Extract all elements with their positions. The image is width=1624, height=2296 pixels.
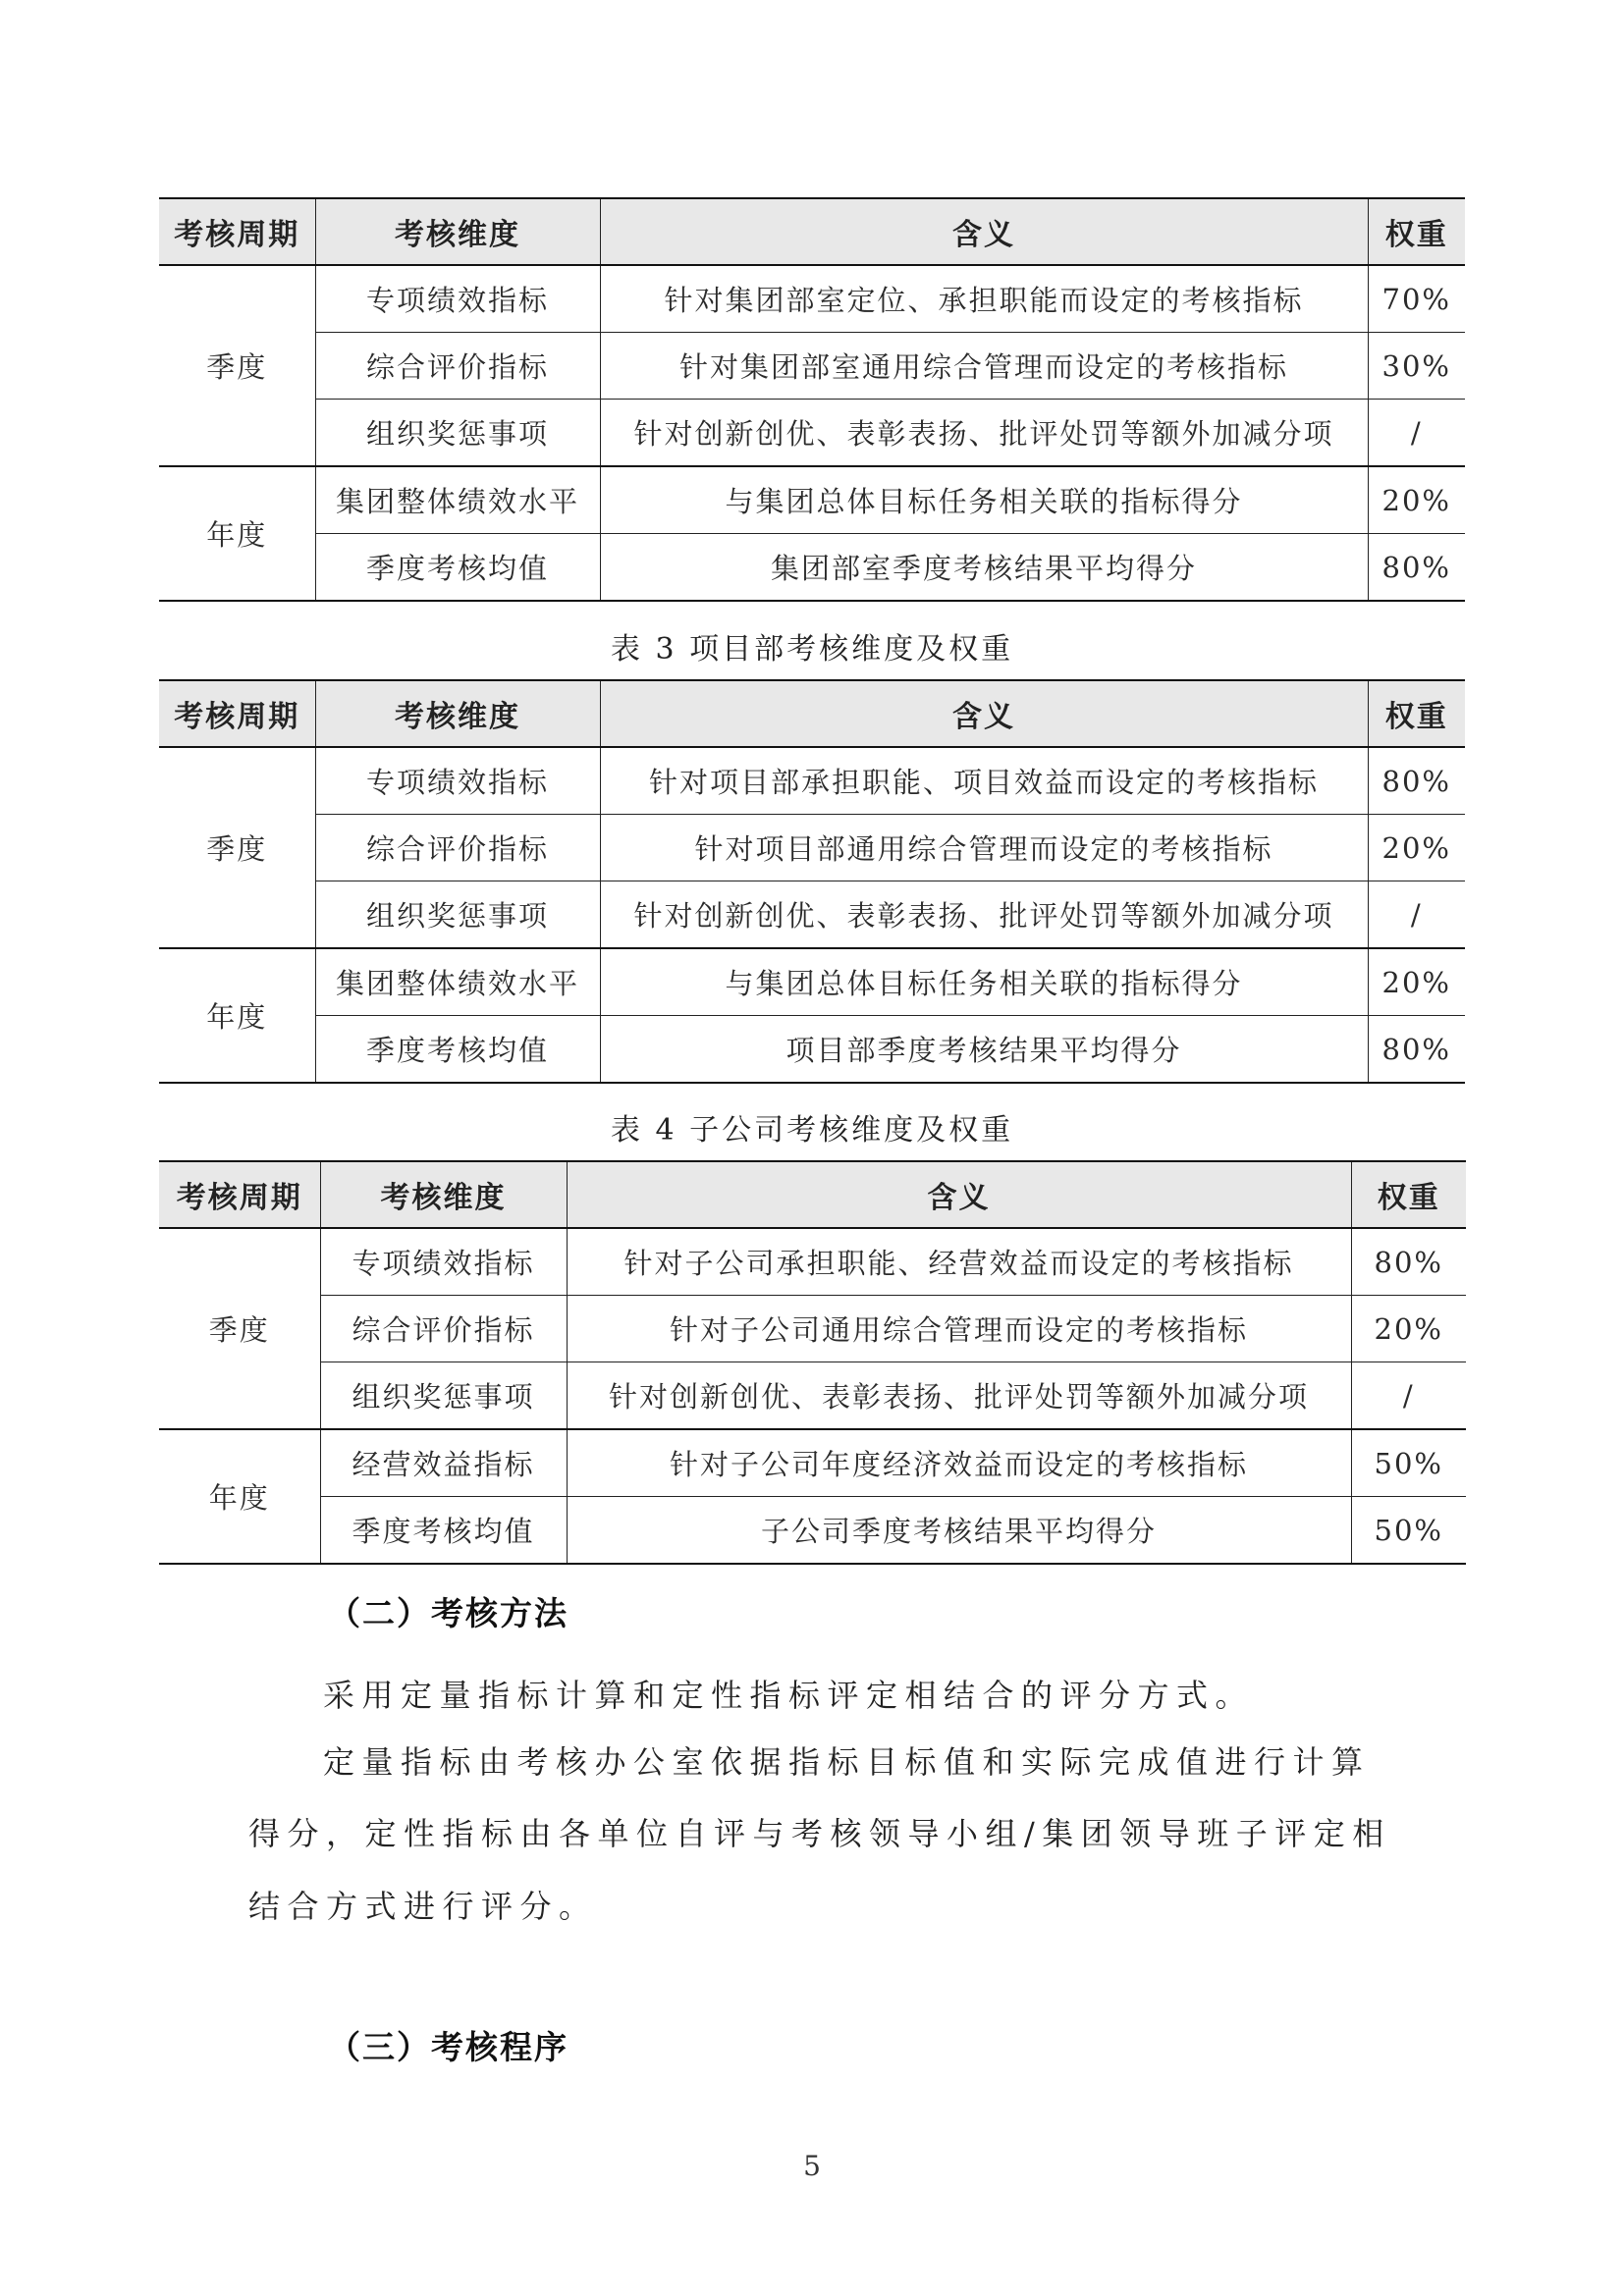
weight-cell: 20% (1368, 815, 1465, 881)
dimension-cell: 综合评价指标 (315, 815, 600, 881)
table-row: 季度考核均值 子公司季度考核结果平均得分 50% (159, 1497, 1466, 1565)
meaning-cell: 针对项目部通用综合管理而设定的考核指标 (600, 815, 1368, 881)
period-cell: 年度 (159, 948, 315, 1083)
dimension-cell: 专项绩效指标 (315, 265, 600, 333)
table-row: 组织奖惩事项 针对创新创优、表彰表扬、批评处罚等额外加减分项 / (159, 881, 1465, 949)
table-row: 年度 集团整体绩效水平 与集团总体目标任务相关联的指标得分 20% (159, 948, 1465, 1016)
table-row: 综合评价指标 针对子公司通用综合管理而设定的考核指标 20% (159, 1296, 1466, 1362)
paragraph-line: 得分，定性指标由各单位自评与考核领导小组/集团领导班子评定相 (248, 1809, 1391, 1854)
header-meaning: 含义 (600, 198, 1368, 265)
meaning-cell: 针对创新创优、表彰表扬、批评处罚等额外加减分项 (600, 400, 1368, 467)
meaning-cell: 与集团总体目标任务相关联的指标得分 (600, 466, 1368, 534)
header-meaning: 含义 (600, 680, 1368, 747)
table-header-row: 考核周期 考核维度 含义 权重 (159, 1161, 1466, 1228)
meaning-cell: 针对集团部室定位、承担职能而设定的考核指标 (600, 265, 1368, 333)
period-cell: 季度 (159, 1228, 320, 1429)
period-cell: 季度 (159, 265, 315, 466)
table-row: 综合评价指标 针对项目部通用综合管理而设定的考核指标 20% (159, 815, 1465, 881)
dimension-cell: 专项绩效指标 (315, 747, 600, 815)
dimension-cell: 组织奖惩事项 (320, 1362, 567, 1430)
table-department-dimensions: 考核周期 考核维度 含义 权重 季度 专项绩效指标 针对集团部室定位、承担职能而… (159, 197, 1465, 602)
weight-cell: 20% (1351, 1296, 1466, 1362)
paragraph-line: 定量指标由考核办公室依据指标目标值和实际完成值进行计算 (323, 1737, 1371, 1783)
meaning-cell: 项目部季度考核结果平均得分 (600, 1016, 1368, 1084)
table-row: 季度 专项绩效指标 针对项目部承担职能、项目效益而设定的考核指标 80% (159, 747, 1465, 815)
weight-cell: 80% (1368, 534, 1465, 602)
meaning-cell: 针对子公司年度经济效益而设定的考核指标 (567, 1429, 1351, 1497)
dimension-cell: 专项绩效指标 (320, 1228, 567, 1296)
table-row: 季度考核均值 项目部季度考核结果平均得分 80% (159, 1016, 1465, 1084)
section-heading-method: （二）考核方法 (328, 1588, 568, 1634)
page-number: 5 (0, 2150, 1624, 2182)
table-row: 组织奖惩事项 针对创新创优、表彰表扬、批评处罚等额外加减分项 / (159, 1362, 1466, 1430)
paragraph-line: 采用定量指标计算和定性指标评定相结合的评分方式。 (323, 1671, 1254, 1716)
period-cell: 季度 (159, 747, 315, 948)
weight-cell: 20% (1368, 948, 1465, 1016)
meaning-cell: 针对子公司通用综合管理而设定的考核指标 (567, 1296, 1351, 1362)
meaning-cell: 针对创新创优、表彰表扬、批评处罚等额外加减分项 (600, 881, 1368, 949)
period-cell: 年度 (159, 1429, 320, 1564)
table-row: 季度考核均值 集团部室季度考核结果平均得分 80% (159, 534, 1465, 602)
dimension-cell: 集团整体绩效水平 (315, 948, 600, 1016)
meaning-cell: 集团部室季度考核结果平均得分 (600, 534, 1368, 602)
table-caption: 表 3 项目部考核维度及权重 (0, 624, 1624, 667)
table-project-dimensions: 考核周期 考核维度 含义 权重 季度 专项绩效指标 针对项目部承担职能、项目效益… (159, 679, 1465, 1084)
weight-cell: 50% (1351, 1497, 1466, 1565)
weight-cell: / (1368, 400, 1465, 467)
table-header-row: 考核周期 考核维度 含义 权重 (159, 198, 1465, 265)
meaning-cell: 与集团总体目标任务相关联的指标得分 (600, 948, 1368, 1016)
weight-cell: 80% (1368, 1016, 1465, 1084)
dimension-cell: 季度考核均值 (320, 1497, 567, 1565)
section-heading-procedure: （三）考核程序 (328, 2022, 568, 2068)
weight-cell: 50% (1351, 1429, 1466, 1497)
dimension-cell: 经营效益指标 (320, 1429, 567, 1497)
weight-cell: 20% (1368, 466, 1465, 534)
meaning-cell: 针对集团部室通用综合管理而设定的考核指标 (600, 333, 1368, 400)
header-weight: 权重 (1351, 1161, 1466, 1228)
weight-cell: / (1368, 881, 1465, 949)
dimension-cell: 综合评价指标 (320, 1296, 567, 1362)
paragraph-line: 结合方式进行评分。 (248, 1882, 598, 1927)
header-dimension: 考核维度 (315, 198, 600, 265)
dimension-cell: 综合评价指标 (315, 333, 600, 400)
table-header-row: 考核周期 考核维度 含义 权重 (159, 680, 1465, 747)
dimension-cell: 季度考核均值 (315, 534, 600, 602)
header-weight: 权重 (1368, 680, 1465, 747)
table-row: 年度 经营效益指标 针对子公司年度经济效益而设定的考核指标 50% (159, 1429, 1466, 1497)
header-period: 考核周期 (159, 198, 315, 265)
dimension-cell: 组织奖惩事项 (315, 400, 600, 467)
dimension-cell: 组织奖惩事项 (315, 881, 600, 949)
table-row: 季度 专项绩效指标 针对集团部室定位、承担职能而设定的考核指标 70% (159, 265, 1465, 333)
meaning-cell: 针对项目部承担职能、项目效益而设定的考核指标 (600, 747, 1368, 815)
header-weight: 权重 (1368, 198, 1465, 265)
period-cell: 年度 (159, 466, 315, 601)
weight-cell: 30% (1368, 333, 1465, 400)
weight-cell: / (1351, 1362, 1466, 1430)
weight-cell: 70% (1368, 265, 1465, 333)
meaning-cell: 子公司季度考核结果平均得分 (567, 1497, 1351, 1565)
header-meaning: 含义 (567, 1161, 1351, 1228)
table-row: 季度 专项绩效指标 针对子公司承担职能、经营效益而设定的考核指标 80% (159, 1228, 1466, 1296)
meaning-cell: 针对创新创优、表彰表扬、批评处罚等额外加减分项 (567, 1362, 1351, 1430)
header-period: 考核周期 (159, 1161, 320, 1228)
table-subsidiary-dimensions: 考核周期 考核维度 含义 权重 季度 专项绩效指标 针对子公司承担职能、经营效益… (159, 1160, 1466, 1565)
weight-cell: 80% (1351, 1228, 1466, 1296)
table-row: 组织奖惩事项 针对创新创优、表彰表扬、批评处罚等额外加减分项 / (159, 400, 1465, 467)
weight-cell: 80% (1368, 747, 1465, 815)
dimension-cell: 集团整体绩效水平 (315, 466, 600, 534)
dimension-cell: 季度考核均值 (315, 1016, 600, 1084)
table-row: 年度 集团整体绩效水平 与集团总体目标任务相关联的指标得分 20% (159, 466, 1465, 534)
header-period: 考核周期 (159, 680, 315, 747)
header-dimension: 考核维度 (315, 680, 600, 747)
table-caption: 表 4 子公司考核维度及权重 (0, 1105, 1624, 1148)
header-dimension: 考核维度 (320, 1161, 567, 1228)
meaning-cell: 针对子公司承担职能、经营效益而设定的考核指标 (567, 1228, 1351, 1296)
table-row: 综合评价指标 针对集团部室通用综合管理而设定的考核指标 30% (159, 333, 1465, 400)
